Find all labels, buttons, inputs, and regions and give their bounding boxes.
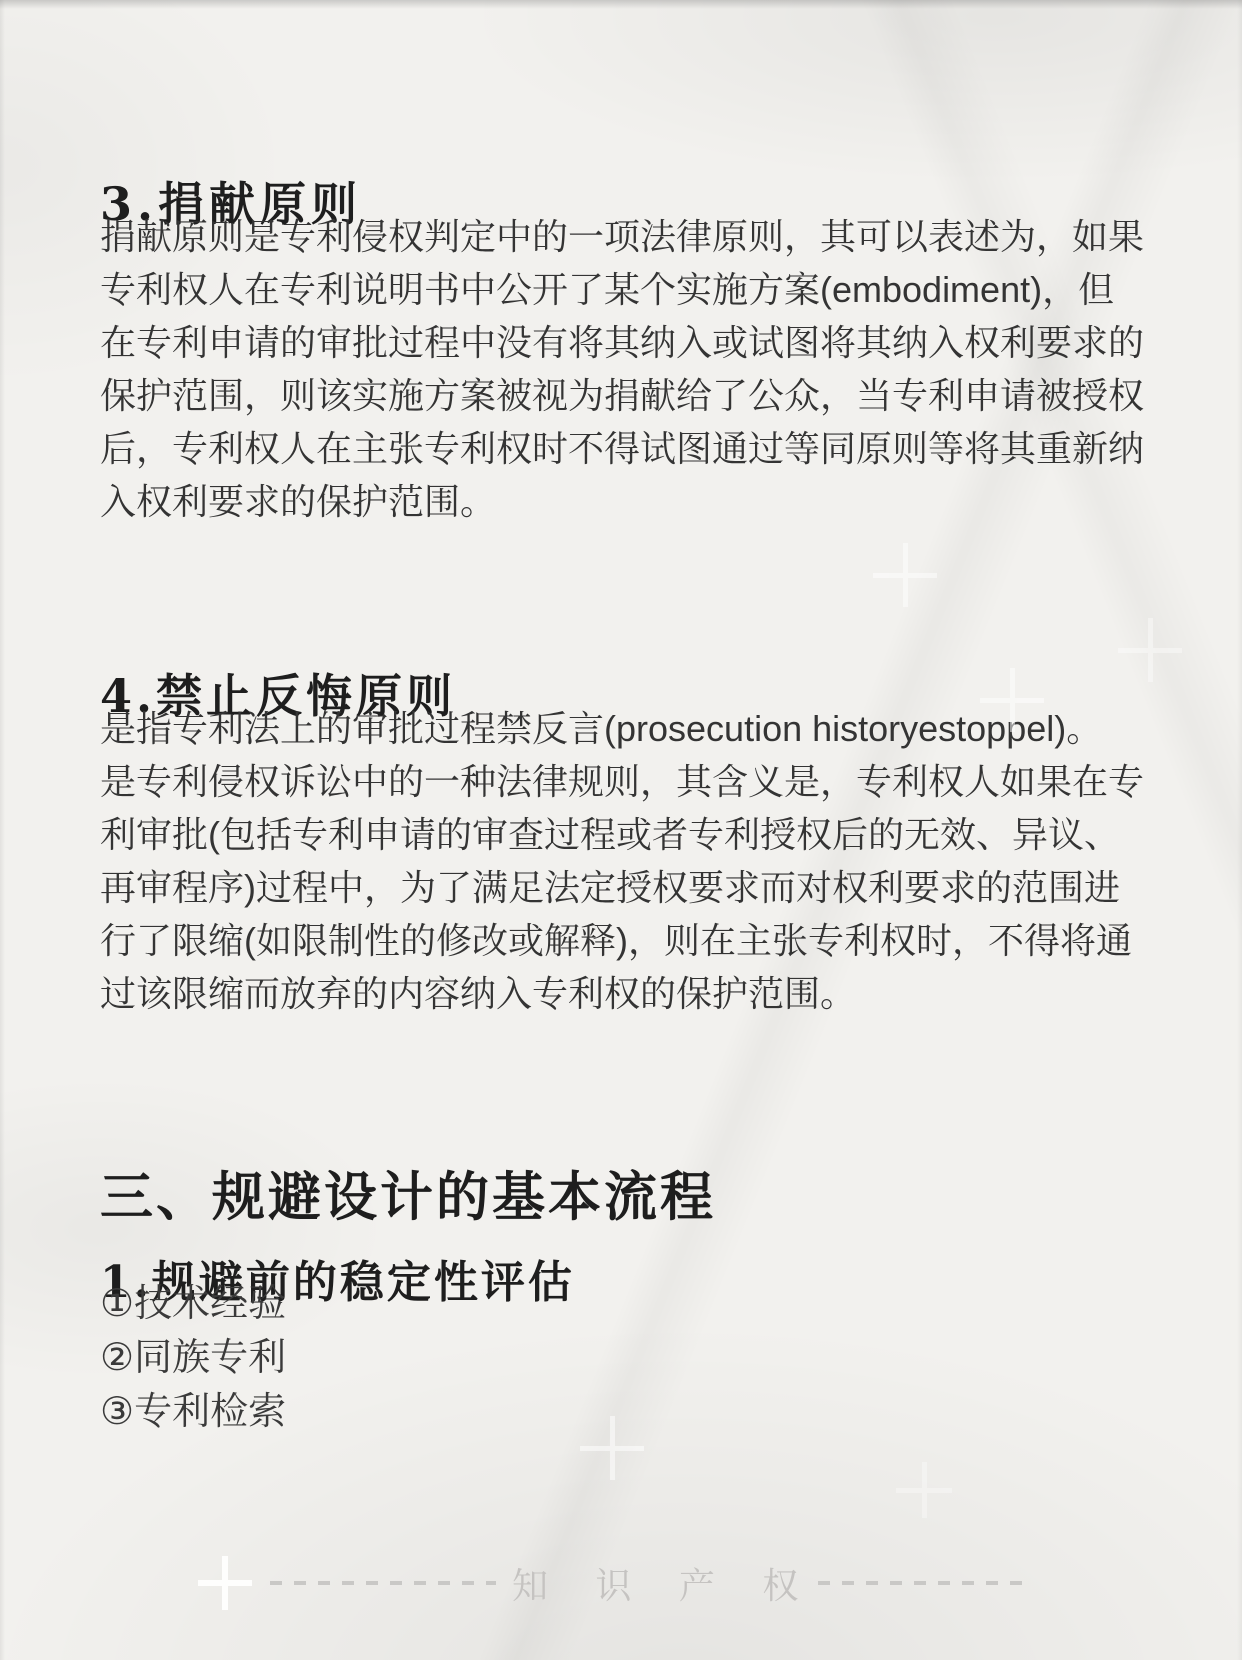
- footer-dashed-line-right: [818, 1581, 1030, 1585]
- chapter-title: 三、规避设计的基本流程: [100, 1163, 716, 1231]
- list-item: ②同族专利: [100, 1331, 286, 1385]
- evaluation-list: ①技术经验 ②同族专利 ③专利检索: [100, 1277, 286, 1439]
- footer-dashed-line-left: [270, 1581, 496, 1585]
- list-item: ③专利检索: [100, 1385, 286, 1439]
- plus-mark-icon: [580, 1416, 644, 1480]
- plus-mark-icon: [1118, 618, 1182, 682]
- section-paragraph-estoppel-principle: 是指专利法上的审批过程禁反言(prosecution historyestopp…: [100, 702, 1170, 1020]
- list-item: ①技术经验: [100, 1277, 286, 1331]
- plus-mark-icon: [980, 668, 1044, 732]
- footer-plus-icon: [198, 1556, 252, 1610]
- section-paragraph-donation-principle: 捐献原则是专利侵权判定中的一项法律原则，其可以表述为，如果 专利权人在专利说明书…: [100, 210, 1170, 528]
- footer: 知 识 产 权: [198, 1556, 1030, 1610]
- footer-label: 知 识 产 权: [512, 1558, 816, 1609]
- plus-mark-icon: [896, 1462, 952, 1518]
- note-page: 3.捐献原则 捐献原则是专利侵权判定中的一项法律原则，其可以表述为，如果 专利权…: [0, 0, 1242, 1660]
- plus-mark-icon: [873, 543, 937, 607]
